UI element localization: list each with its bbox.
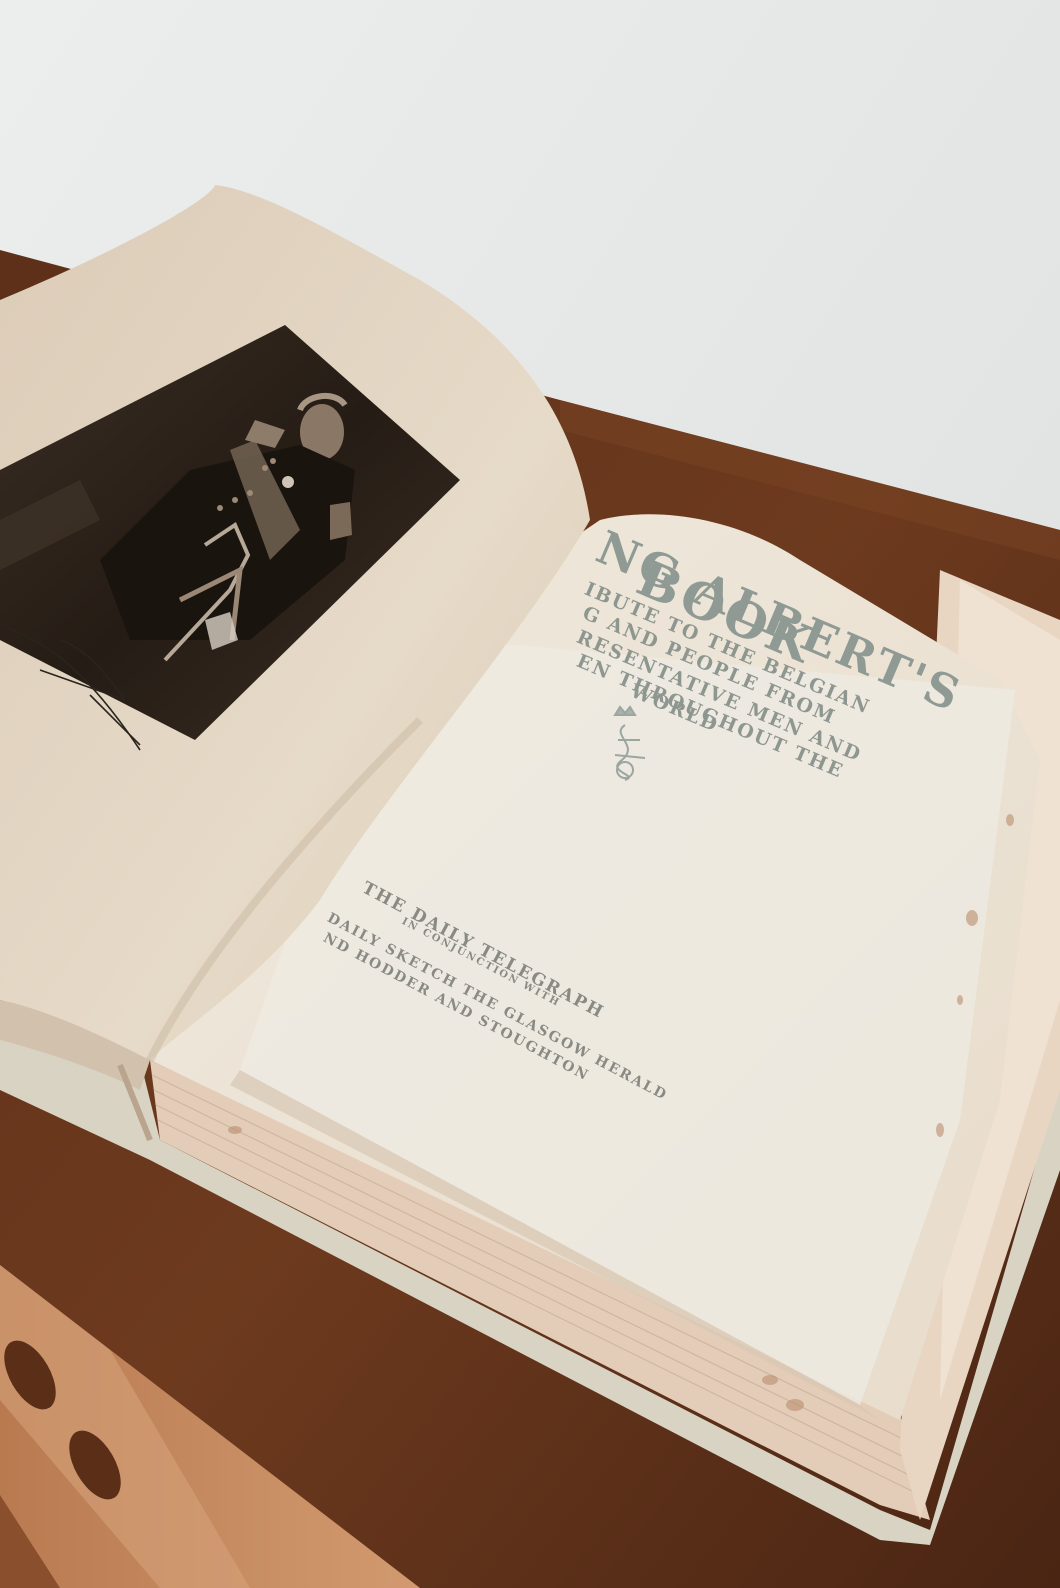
scene-illustration bbox=[0, 0, 1060, 1588]
photo-scene: NG ALBERT'S BOOK IBUTE TO THE BELGIAN G … bbox=[0, 0, 1060, 1588]
